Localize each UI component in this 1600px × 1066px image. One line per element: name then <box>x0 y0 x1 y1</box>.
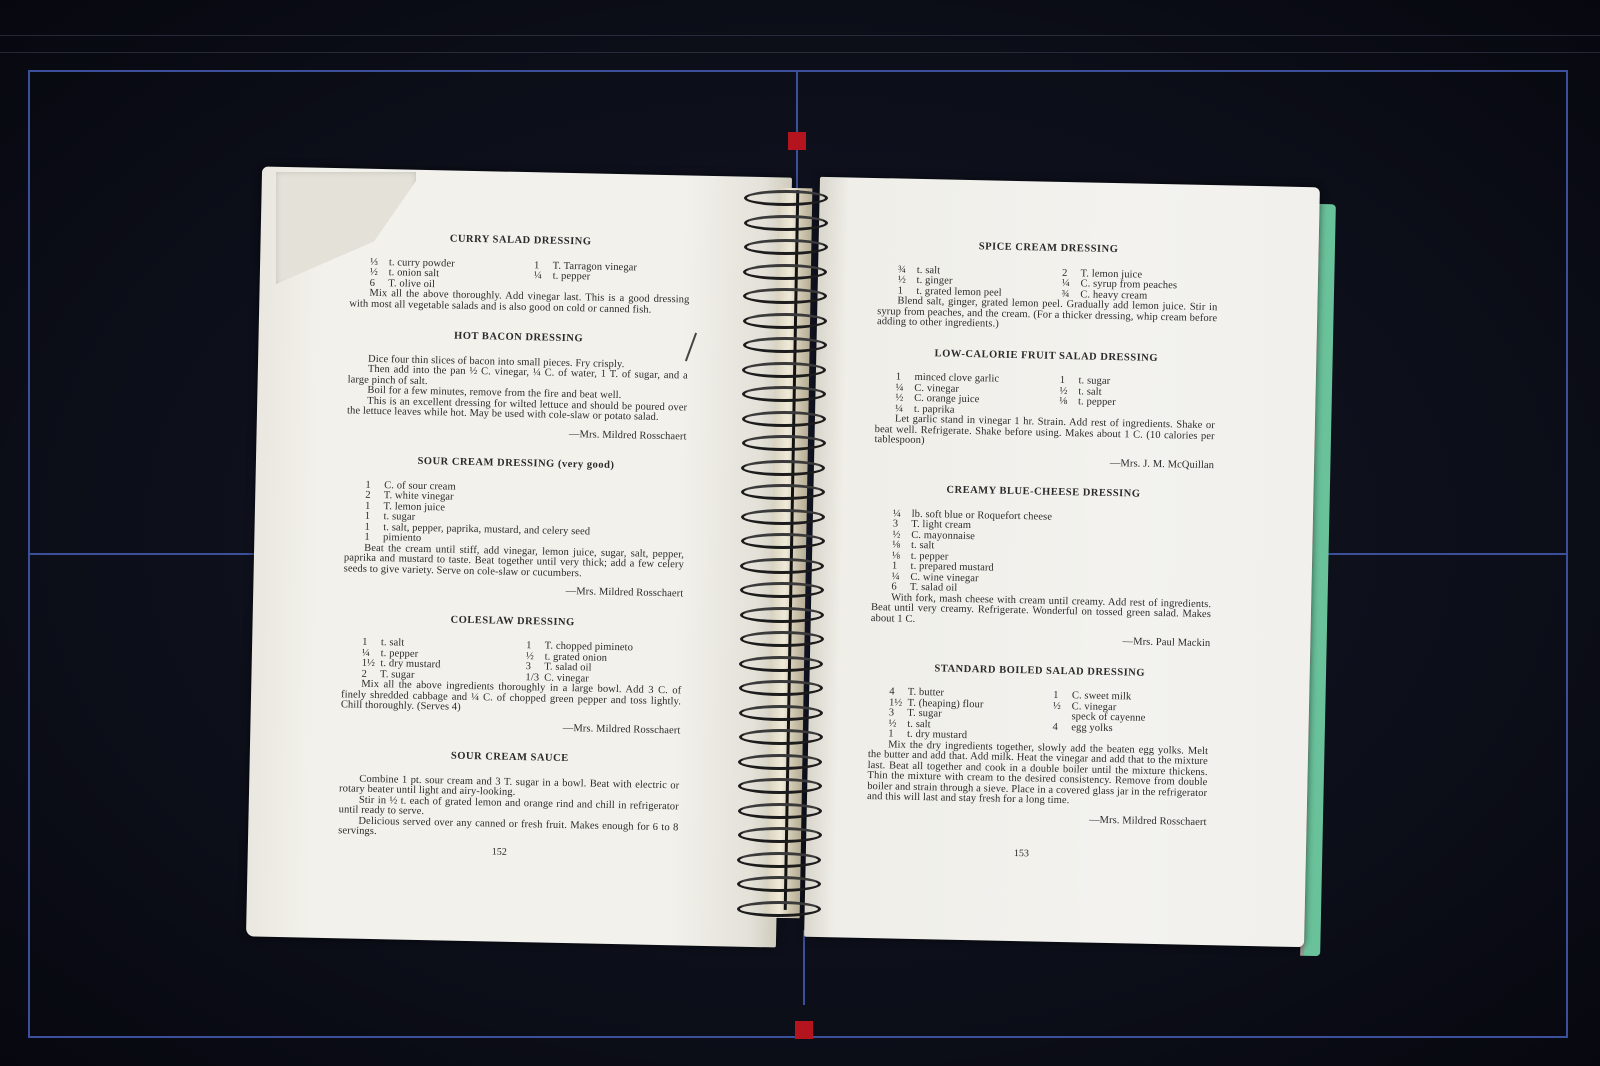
spiral-coil <box>737 901 821 917</box>
ingredient-column-left: 1 t. salt¼ t. pepper1½ t. dry mustard2 T… <box>361 638 518 683</box>
ingredient-column-left: ¾ t. salt½ t. ginger1 t. grated lemon pe… <box>898 265 1055 300</box>
spiral-coil <box>744 215 828 231</box>
ingredient-quantity: ½ <box>1053 701 1069 712</box>
registration-marker-top <box>788 132 806 150</box>
recipe-attribution: —Mrs. Mildred Rosschaert <box>340 719 680 737</box>
spiral-coil <box>742 362 826 378</box>
page-number-left: 152 <box>492 846 507 857</box>
ingredient-quantity: ¼ <box>534 271 550 282</box>
right-page: SPICE CREAM DRESSING¾ t. salt½ t. ginger… <box>804 177 1320 947</box>
recipe-directions: Let garlic stand in vinegar 1 hr. Strain… <box>874 414 1215 453</box>
recipe-title: LOW-CALORIE FRUIT SALAD DRESSING <box>876 348 1216 366</box>
spiral-coil <box>744 239 828 255</box>
recipe: SPICE CREAM DRESSING¾ t. salt½ t. ginger… <box>877 240 1219 335</box>
recipe-attribution: —Mrs. J. M. McQuillan <box>874 454 1214 472</box>
guide-line-center-right <box>1325 553 1568 555</box>
ingredient-list: 4 T. butter1½ T. (heaping) flour3 T. sug… <box>868 687 1209 747</box>
recipe-title: SOUR CREAM SAUCE <box>340 749 680 767</box>
spiral-coil <box>738 754 822 770</box>
ingredient-item: pimiento <box>383 532 421 544</box>
spiral-coil <box>741 509 825 525</box>
scan-artifact-line <box>0 52 1600 53</box>
recipe: SOUR CREAM SAUCECombine 1 pt. sour cream… <box>338 749 680 844</box>
spiral-coil <box>740 631 824 647</box>
recipe-title: CURRY SALAD DRESSING <box>351 232 691 250</box>
guide-line-center-top <box>796 70 798 190</box>
ingredient: 4 egg yolks <box>1052 722 1208 736</box>
ingredient-list: ¼ lb. soft blue or Roquefort cheese3 T. … <box>871 509 1213 600</box>
scan-artifact-line <box>0 35 1600 36</box>
recipe-directions: With fork, mash cheese with cream until … <box>871 593 1212 632</box>
guide-line-center-left <box>28 553 258 555</box>
spiral-coil <box>743 337 827 353</box>
ingredient-column-left: ⅓ t. curry powder½ t. onion salt6 T. oli… <box>370 257 527 292</box>
recipe: LOW-CALORIE FRUIT SALAD DRESSING1 minced… <box>874 348 1216 472</box>
recipe-directions: Mix all the above ingredients thoroughly… <box>341 679 682 718</box>
right-page-content: SPICE CREAM DRESSING¾ t. salt½ t. ginger… <box>866 240 1219 848</box>
spiral-coil <box>739 680 823 696</box>
spiral-coil <box>740 582 824 598</box>
spiral-coil <box>744 190 828 206</box>
recipe: STANDARD BOILED SALAD DRESSING4 T. butte… <box>867 662 1210 828</box>
spiral-coil <box>742 411 826 427</box>
spiral-coil <box>742 435 826 451</box>
spiral-coil <box>738 778 822 794</box>
ingredient-item: egg yolks <box>1071 722 1113 734</box>
guide-line-center-bottom <box>803 930 805 1005</box>
ingredient-item: t. pepper <box>553 271 591 283</box>
recipe-directions: Mix the dry ingredients together, slowly… <box>867 739 1208 809</box>
recipe: COLESLAW DRESSING1 t. salt¼ t. pepper1½ … <box>340 613 682 737</box>
ingredient-column-left: 1 minced clove garlic¼ C. vinegar½ C. or… <box>895 372 1052 417</box>
spiral-coil <box>743 313 827 329</box>
spiral-coil <box>739 705 823 721</box>
page-number-right: 153 <box>1014 848 1029 859</box>
left-page-content: CURRY SALAD DRESSING⅓ t. curry powder½ t… <box>338 232 691 863</box>
ingredient: ¼ t. pepper <box>534 271 690 285</box>
ingredient-quantity: ⅛ <box>1059 397 1075 408</box>
spiral-coil <box>741 533 825 549</box>
spiral-coil <box>740 607 824 623</box>
recipe-title: STANDARD BOILED SALAD DRESSING <box>870 662 1210 680</box>
registration-marker-bottom <box>795 1021 813 1039</box>
spiral-coil <box>741 484 825 500</box>
spiral-binding <box>738 180 838 920</box>
spiral-coil <box>742 386 826 402</box>
spiral-coil <box>737 852 821 868</box>
recipe-title: HOT BACON DRESSING <box>349 329 689 347</box>
spiral-coil <box>738 827 822 843</box>
ingredient-column-right: 2 T. lemon juice¼ C. syrup from peaches¾… <box>1061 268 1218 303</box>
spiral-coil <box>738 803 822 819</box>
recipe-directions: Beat the cream until stiff, add vinegar,… <box>344 543 685 582</box>
ingredient-list: 1 C. of sour cream2 T. white vinegar1 T.… <box>344 480 685 550</box>
recipe: CREAMY BLUE-CHEESE DRESSING¼ lb. soft bl… <box>870 484 1213 650</box>
ingredient-column-left: 1 C. of sour cream2 T. white vinegar1 T.… <box>364 480 685 550</box>
ingredient-item: t. pepper <box>1078 396 1116 408</box>
ingredient-column-right: 1 t. sugar½ t. salt⅛ t. pepper <box>1059 376 1216 421</box>
recipe-attribution: —Mrs. Mildred Rosschaert <box>343 582 683 600</box>
ingredient-column-left: 4 T. butter1½ T. (heaping) flour3 T. sug… <box>888 687 1045 743</box>
recipe-attribution: —Mrs. Paul Mackin <box>870 632 1210 650</box>
recipe: SOUR CREAM DRESSING (very good)1 C. of s… <box>343 455 686 600</box>
recipe: CURRY SALAD DRESSING⅓ t. curry powder½ t… <box>349 232 691 316</box>
spiral-coil <box>743 288 827 304</box>
ingredient: ⅛ t. pepper <box>1059 397 1215 411</box>
recipe-directions: Mix all the above thoroughly. Add vinega… <box>349 288 689 316</box>
recipe-title: SPICE CREAM DRESSING <box>878 240 1218 258</box>
ingredient-column-right: 1 T. Tarragon vinegar¼ t. pepper <box>534 261 691 296</box>
spiral-coil <box>741 460 825 476</box>
recipe-title: COLESLAW DRESSING <box>343 613 683 631</box>
ingredient-column-right: 1 T. chopped pimineto½ t. grated onion3 … <box>525 641 682 686</box>
recipe-title: CREAMY BLUE-CHEESE DRESSING <box>873 484 1213 502</box>
recipe-attribution: —Mrs. Mildred Rosschaert <box>867 810 1207 828</box>
recipe-attribution: —Mrs. Mildred Rosschaert <box>347 425 687 443</box>
ingredient-column-left: ¼ lb. soft blue or Roquefort cheese3 T. … <box>891 509 1213 600</box>
recipe: HOT BACON DRESSINGDice four thin slices … <box>347 329 689 442</box>
guide-line-top <box>28 70 1568 72</box>
recipe-directions: Blend salt, ginger, grated lemon peel. G… <box>877 296 1218 335</box>
ingredient-quantity: 4 <box>1052 722 1068 733</box>
ingredient-column-right: 1 C. sweet milk½ C. vinegar speck of cay… <box>1052 691 1209 747</box>
spiral-coil <box>737 876 821 892</box>
recipe-title: SOUR CREAM DRESSING (very good) <box>346 455 686 473</box>
spiral-coil <box>739 656 823 672</box>
spiral-coil <box>739 729 823 745</box>
spiral-coil <box>743 264 827 280</box>
spiral-coil <box>740 558 824 574</box>
left-page: CURRY SALAD DRESSING⅓ t. curry powder½ t… <box>246 167 792 948</box>
